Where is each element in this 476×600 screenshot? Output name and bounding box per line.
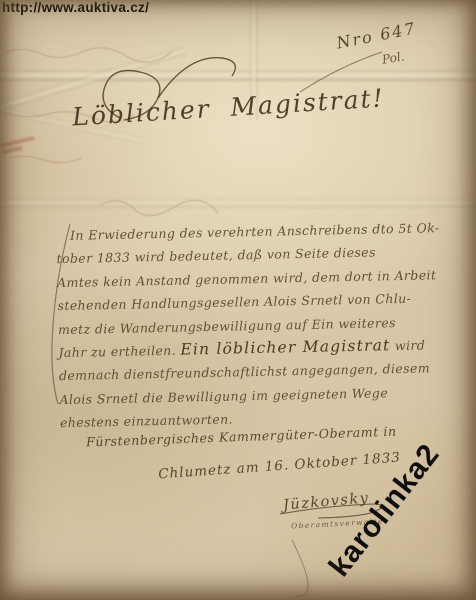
letter-body: In Erwiederung des verehrten Anschreiben… <box>56 216 456 435</box>
body-line-emphasis: Ein löblicher Magistrat <box>180 336 390 358</box>
signature-name: Jüzkovsky <box>282 490 369 513</box>
body-line-text: demnach dienstfreundschaftlichst angegan… <box>59 361 430 384</box>
body-line-text: stehenden Handlungsgesellen Alois Srnetl… <box>57 291 411 313</box>
body-line-text: In Erwiederung des verehrten Anschreiben… <box>70 220 440 243</box>
place-and-date-line: Chlumetz am 16. Oktober 1833 <box>158 450 402 483</box>
body-line-text: Alois Srnetl die Bewilligung im geeignet… <box>59 385 388 407</box>
body-line-text: tober 1833 wird bedeutet, daß von Seite … <box>56 245 376 267</box>
docket-department: Pol. <box>381 49 405 66</box>
salutation-line: Löblicher Magistrat! <box>71 83 385 131</box>
body-line-text: metz die Wanderungsbewilligung auf Ein w… <box>58 315 396 337</box>
body-line-text: ehestens einzuantworten. <box>60 412 233 431</box>
auction-site-url-watermark: http://www.auktiva.cz/ <box>2 0 149 15</box>
body-line-text: Jahr zu ertheilen. <box>58 343 180 361</box>
body-line-text: Amtes kein Anstand genommen wird, dem do… <box>57 267 437 290</box>
fold-crease-horizontal-top <box>0 70 476 82</box>
docket-number: Nro 647 <box>335 18 418 52</box>
scanned-letter-page: Nro 647 Pol. Löblicher Magistrat! In Erw… <box>0 0 476 600</box>
fold-crease-horizontal-middle <box>0 198 476 208</box>
body-line-text: wird <box>390 337 425 353</box>
